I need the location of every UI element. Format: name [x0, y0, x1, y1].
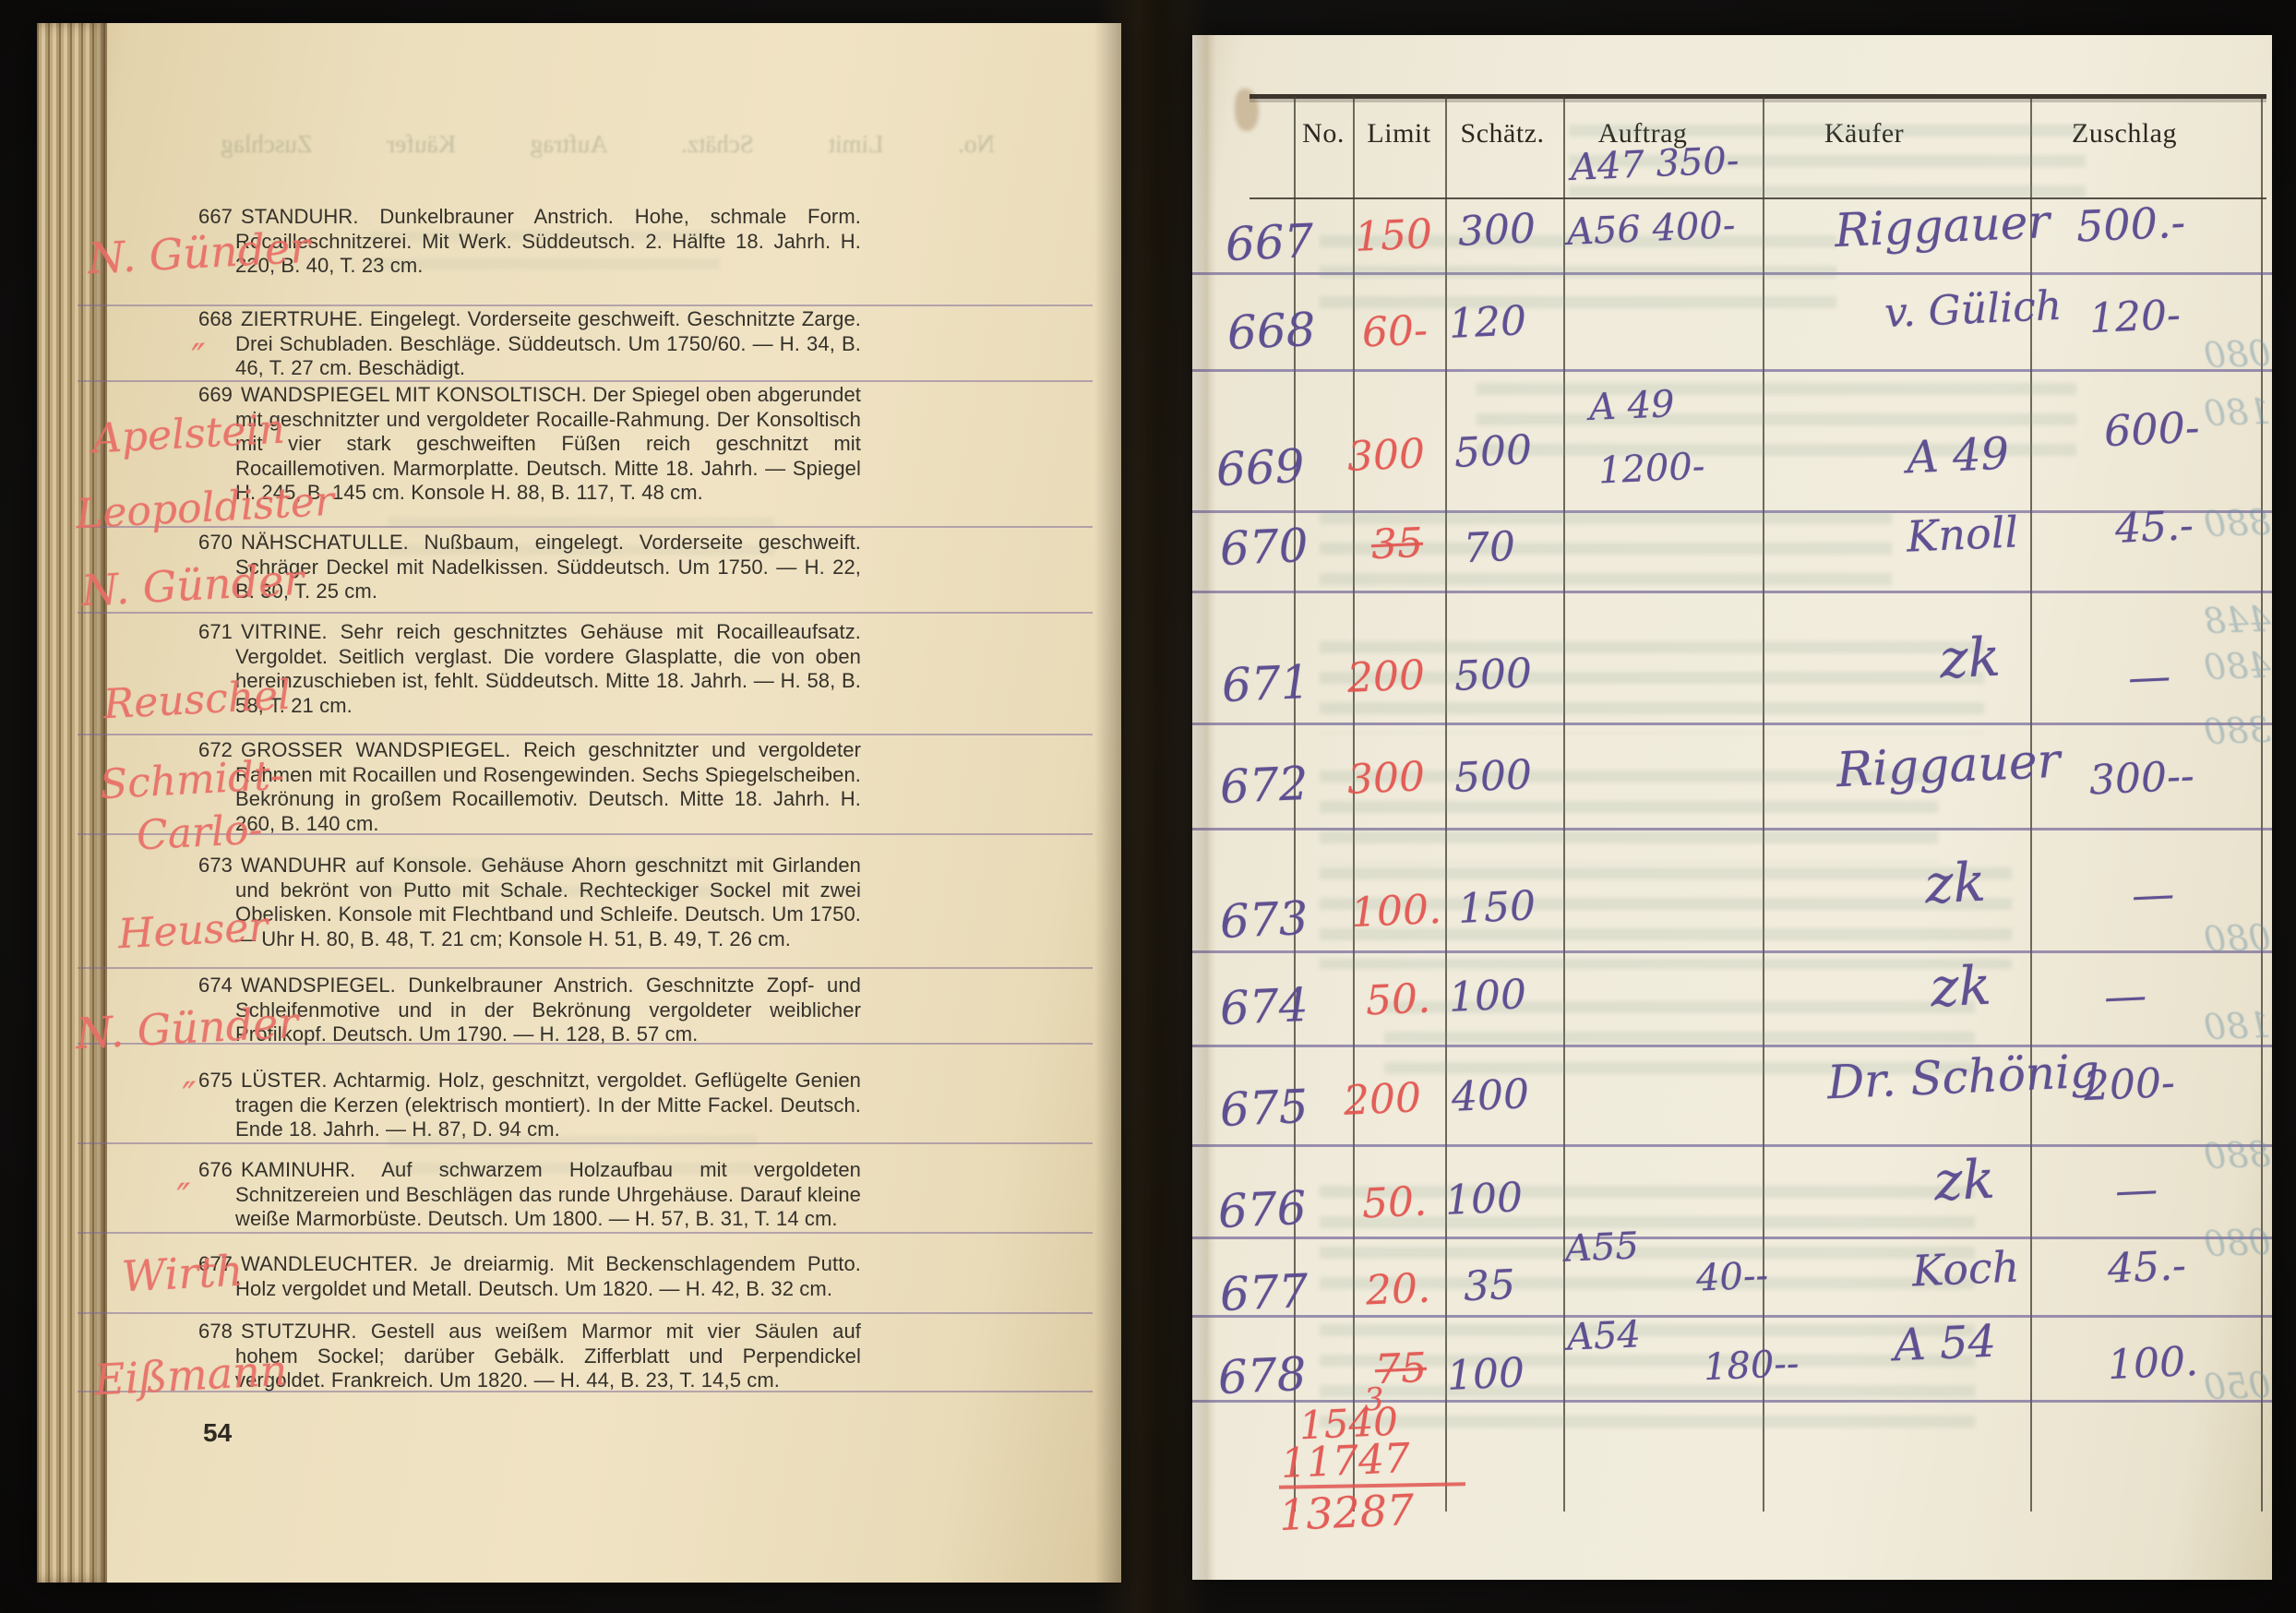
cell-lot-number: 670: [1219, 522, 1309, 572]
bleed-through-number: 080: [2203, 1222, 2271, 1265]
margin-note-buyer: N. Günder: [80, 555, 305, 616]
entry-divider-line: [78, 1232, 1093, 1234]
margin-note-buyer: Leopoldister: [75, 478, 335, 539]
right-ledger-page: No. Limit Schätz. Auftrag Käufer Zuschla…: [1192, 35, 2272, 1580]
catalog-entry-677: 677WANDLEUCHTER. Je dreiarmig. Mit Becke…: [198, 1252, 861, 1301]
lot-number: 668: [198, 307, 241, 330]
cell-lot-number: 668: [1226, 306, 1317, 356]
cell-lot-number: 677: [1219, 1268, 1309, 1318]
cell-buyer: zk: [1924, 855, 1987, 912]
cell-hammer-price: 200-: [2083, 1063, 2176, 1107]
cell-limit: 300: [1346, 757, 1426, 801]
lot-description: VITRINE. Sehr reich geschnitztes Gehäuse…: [235, 620, 861, 717]
ledger-row-divider: [1192, 1315, 2272, 1318]
cell-estimate: 100: [1448, 974, 1527, 1019]
cell-estimate: 150: [1457, 886, 1537, 930]
cell-estimate: 500: [1453, 430, 1533, 474]
lot-description: LÜSTER. Achtarmig. Holz, geschnitzt, ver…: [235, 1069, 861, 1141]
cell-lot-number: 674: [1219, 982, 1309, 1032]
cell-order-note: A54: [1566, 1316, 1641, 1356]
cell-limit: 60-: [1361, 310, 1429, 353]
column-header-zuschlag: Zuschlag: [2072, 118, 2177, 149]
cell-buyer: v. Gülich: [1883, 286, 2063, 334]
margin-note-buyer: ″: [182, 1075, 197, 1118]
cell-order-note: A 49: [1588, 386, 1675, 426]
grand-total: 13287: [1278, 1488, 1415, 1536]
bleed-through-number: 880: [2203, 1134, 2271, 1177]
cell-hammer-price: —: [2127, 654, 2171, 699]
bleed-through-number: 180: [2203, 391, 2271, 435]
margin-note-buyer: Wirth: [121, 1246, 245, 1302]
entry-divider-line: [78, 305, 1093, 306]
cell-buyer: Koch: [1911, 1245, 2020, 1292]
cell-lot-number: 667: [1225, 218, 1315, 268]
cell-lot-number: 672: [1219, 760, 1309, 810]
column-header-limit: Limit: [1367, 118, 1430, 149]
lot-description: STANDUHR. Dunkelbrauner Anstrich. Hohe, …: [235, 205, 861, 277]
lot-number: 674: [198, 974, 241, 997]
cell-estimate: 500: [1453, 755, 1533, 799]
cell-limit: 50.: [1361, 1181, 1428, 1225]
catalog-entry-675: 675LÜSTER. Achtarmig. Holz, geschnitzt, …: [198, 1069, 861, 1142]
cell-limit: 100.: [1350, 890, 1442, 934]
lot-description: ZIERTRUHE. Eingelegt. Vorderseite geschw…: [235, 307, 861, 379]
entry-divider-line: [78, 612, 1093, 614]
catalog-entry-672: 672GROSSER WANDSPIEGEL. Reich geschnitzt…: [198, 738, 861, 836]
lot-description: GROSSER WANDSPIEGEL. Reich geschnitzter …: [235, 738, 861, 835]
margin-note-buyer: Carlo-: [136, 806, 264, 859]
lot-number: 667: [198, 205, 241, 228]
table-column-rule: [2261, 96, 2263, 1511]
lot-description: WANDUHR auf Konsole. Gehäuse Ahorn gesch…: [235, 854, 861, 950]
cell-hammer-price: —: [2103, 974, 2147, 1018]
cell-hammer-price: 300--: [2088, 757, 2195, 802]
cell-lot-number: 671: [1221, 659, 1311, 709]
cell-limit: 300: [1346, 434, 1426, 478]
entry-divider-line: [78, 967, 1093, 969]
cell-order-amount: 40--: [1695, 1257, 1769, 1296]
cell-hammer-price: 100.: [2107, 1342, 2199, 1386]
cell-buyer: A 54: [1893, 1320, 1997, 1368]
catalog-entry-668: 668ZIERTRUHE. Eingelegt. Vorderseite ges…: [198, 307, 861, 381]
lot-description: WANDLEUCHTER. Je dreiarmig. Mit Beckensc…: [235, 1252, 861, 1300]
cell-buyer: Dr. Schönig: [1826, 1048, 2100, 1106]
cell-estimate: 300: [1457, 209, 1537, 253]
cell-lot-number: 676: [1217, 1185, 1308, 1235]
cell-buyer: Riggauer: [1834, 198, 2051, 254]
cell-estimate: 120: [1448, 301, 1527, 345]
bleed-through-number: 080: [2203, 917, 2271, 961]
cell-buyer: A 49: [1906, 432, 2010, 481]
cell-limit: 50.: [1365, 978, 1431, 1022]
margin-note-buyer: Eißmann: [93, 1345, 289, 1405]
cell-buyer: zk: [1930, 959, 1992, 1015]
page-number: 54: [203, 1418, 232, 1448]
bleed-through-number: 050: [2203, 1365, 2271, 1408]
cell-hammer-price: 120-: [2088, 295, 2182, 340]
table-top-rule: [1250, 94, 2266, 99]
margin-note-buyer: N. Günder: [75, 998, 300, 1059]
book-photograph: No. Limit Schätz. Auftrag Käufer Zuschla…: [0, 0, 2296, 1613]
margin-note-buyer: ″: [176, 1177, 192, 1220]
cell-hammer-price: —: [2131, 872, 2175, 916]
cell-hammer-price: 45.-: [2114, 506, 2194, 550]
cell-order-amount: 180--: [1703, 1345, 1800, 1386]
entry-divider-line: [78, 1142, 1093, 1144]
book-gutter: [1094, 0, 1211, 1613]
bleed-through-header: No. Limit Schätz. Auftrag Käufer Zuschla…: [109, 130, 995, 159]
bleed-through-number: 380: [2203, 710, 2271, 753]
lot-description: NÄHSCHATULLE. Nußbaum, eingelegt. Vorder…: [235, 531, 861, 603]
bleed-through-number: 080: [2203, 333, 2271, 376]
cell-lot-number: 675: [1219, 1083, 1309, 1133]
cell-lot-number: 669: [1215, 443, 1306, 493]
lot-description: STUTZUHR. Gestell aus weißem Marmor mit …: [235, 1320, 861, 1392]
margin-note-buyer: ″: [191, 337, 207, 380]
lot-number: 675: [198, 1069, 241, 1092]
lot-description: WANDSPIEGEL. Dunkelbrauner Anstrich. Ges…: [235, 974, 861, 1045]
cell-limit: 150: [1354, 214, 1433, 258]
cell-hammer-price: 600-: [2103, 406, 2200, 452]
cell-buyer: zk: [1933, 1153, 1996, 1209]
cell-limit: 35: [1370, 523, 1424, 566]
cell-order-note: A55: [1564, 1227, 1639, 1267]
lot-number: 673: [198, 854, 241, 877]
entry-divider-line: [78, 1312, 1093, 1314]
cell-lot-number: 678: [1217, 1351, 1308, 1401]
bleed-through-number: 480: [2203, 645, 2271, 688]
column-header-schaetz: Schätz.: [1461, 118, 1545, 149]
ledger-row-divider: [1192, 1144, 2272, 1147]
cell-hammer-price: 500.-: [2075, 200, 2186, 247]
margin-note-buyer: Apelstein: [91, 406, 286, 463]
cell-buyer: Riggauer: [1836, 737, 2062, 795]
carry-forward-sum: 11747: [1280, 1439, 1411, 1485]
left-catalog-page: No. Limit Schätz. Auftrag Käufer Zuschla…: [37, 23, 1121, 1583]
lot-number: 671: [198, 620, 241, 643]
cell-estimate: 500: [1453, 653, 1533, 698]
lot-number: 670: [198, 531, 241, 554]
cell-lot-number: 673: [1219, 895, 1309, 945]
cell-buyer: Knoll: [1906, 510, 2019, 557]
lot-number: 669: [198, 383, 241, 406]
cell-limit: 20.: [1365, 1268, 1431, 1311]
cell-hammer-price: 45.-: [2107, 1246, 2187, 1290]
cell-estimate: 100: [1446, 1353, 1525, 1397]
margin-note-buyer: Reuschel: [102, 672, 293, 729]
cell-estimate: 100: [1444, 1177, 1524, 1222]
catalog-entry-676: 676KAMINUHR. Auf schwarzem Holzaufbau mi…: [198, 1158, 861, 1232]
cell-estimate: 70: [1463, 527, 1516, 569]
margin-note-buyer: Schmidt-: [99, 752, 285, 808]
margin-note-buyer: Heuser: [117, 903, 269, 958]
cell-buyer: zk: [1939, 630, 2002, 687]
lot-number: 676: [198, 1158, 241, 1181]
entry-divider-line: [78, 734, 1093, 735]
cell-limit: 200: [1346, 655, 1426, 699]
lot-number: 678: [198, 1320, 241, 1343]
bleed-through-number: 880: [2203, 502, 2271, 545]
catalog-entry-678: 678STUTZUHR. Gestell aus weißem Marmor m…: [198, 1320, 861, 1393]
catalog-entry-671: 671VITRINE. Sehr reich geschnitztes Gehä…: [198, 620, 861, 718]
ledger-row-divider: [1192, 369, 2272, 372]
catalog-entry-673: 673WANDUHR auf Konsole. Gehäuse Ahorn ge…: [198, 854, 861, 951]
cell-estimate: 400: [1451, 1074, 1530, 1118]
cell-limit: 200: [1343, 1078, 1422, 1122]
cell-order-amount: 1200-: [1597, 448, 1705, 490]
bleed-through-number: 448: [2203, 599, 2271, 642]
bleed-through-number: 180: [2203, 1005, 2271, 1048]
cell-order-note: A47 350-: [1570, 142, 1740, 186]
column-header-no: No.: [1302, 118, 1345, 149]
cell-estimate: 35: [1463, 1265, 1516, 1308]
cell-order-amount: A56 400-: [1566, 207, 1736, 251]
lot-description: KAMINUHR. Auf schwarzem Holzaufbau mit v…: [235, 1158, 861, 1230]
cell-hammer-price: —: [2114, 1167, 2158, 1212]
